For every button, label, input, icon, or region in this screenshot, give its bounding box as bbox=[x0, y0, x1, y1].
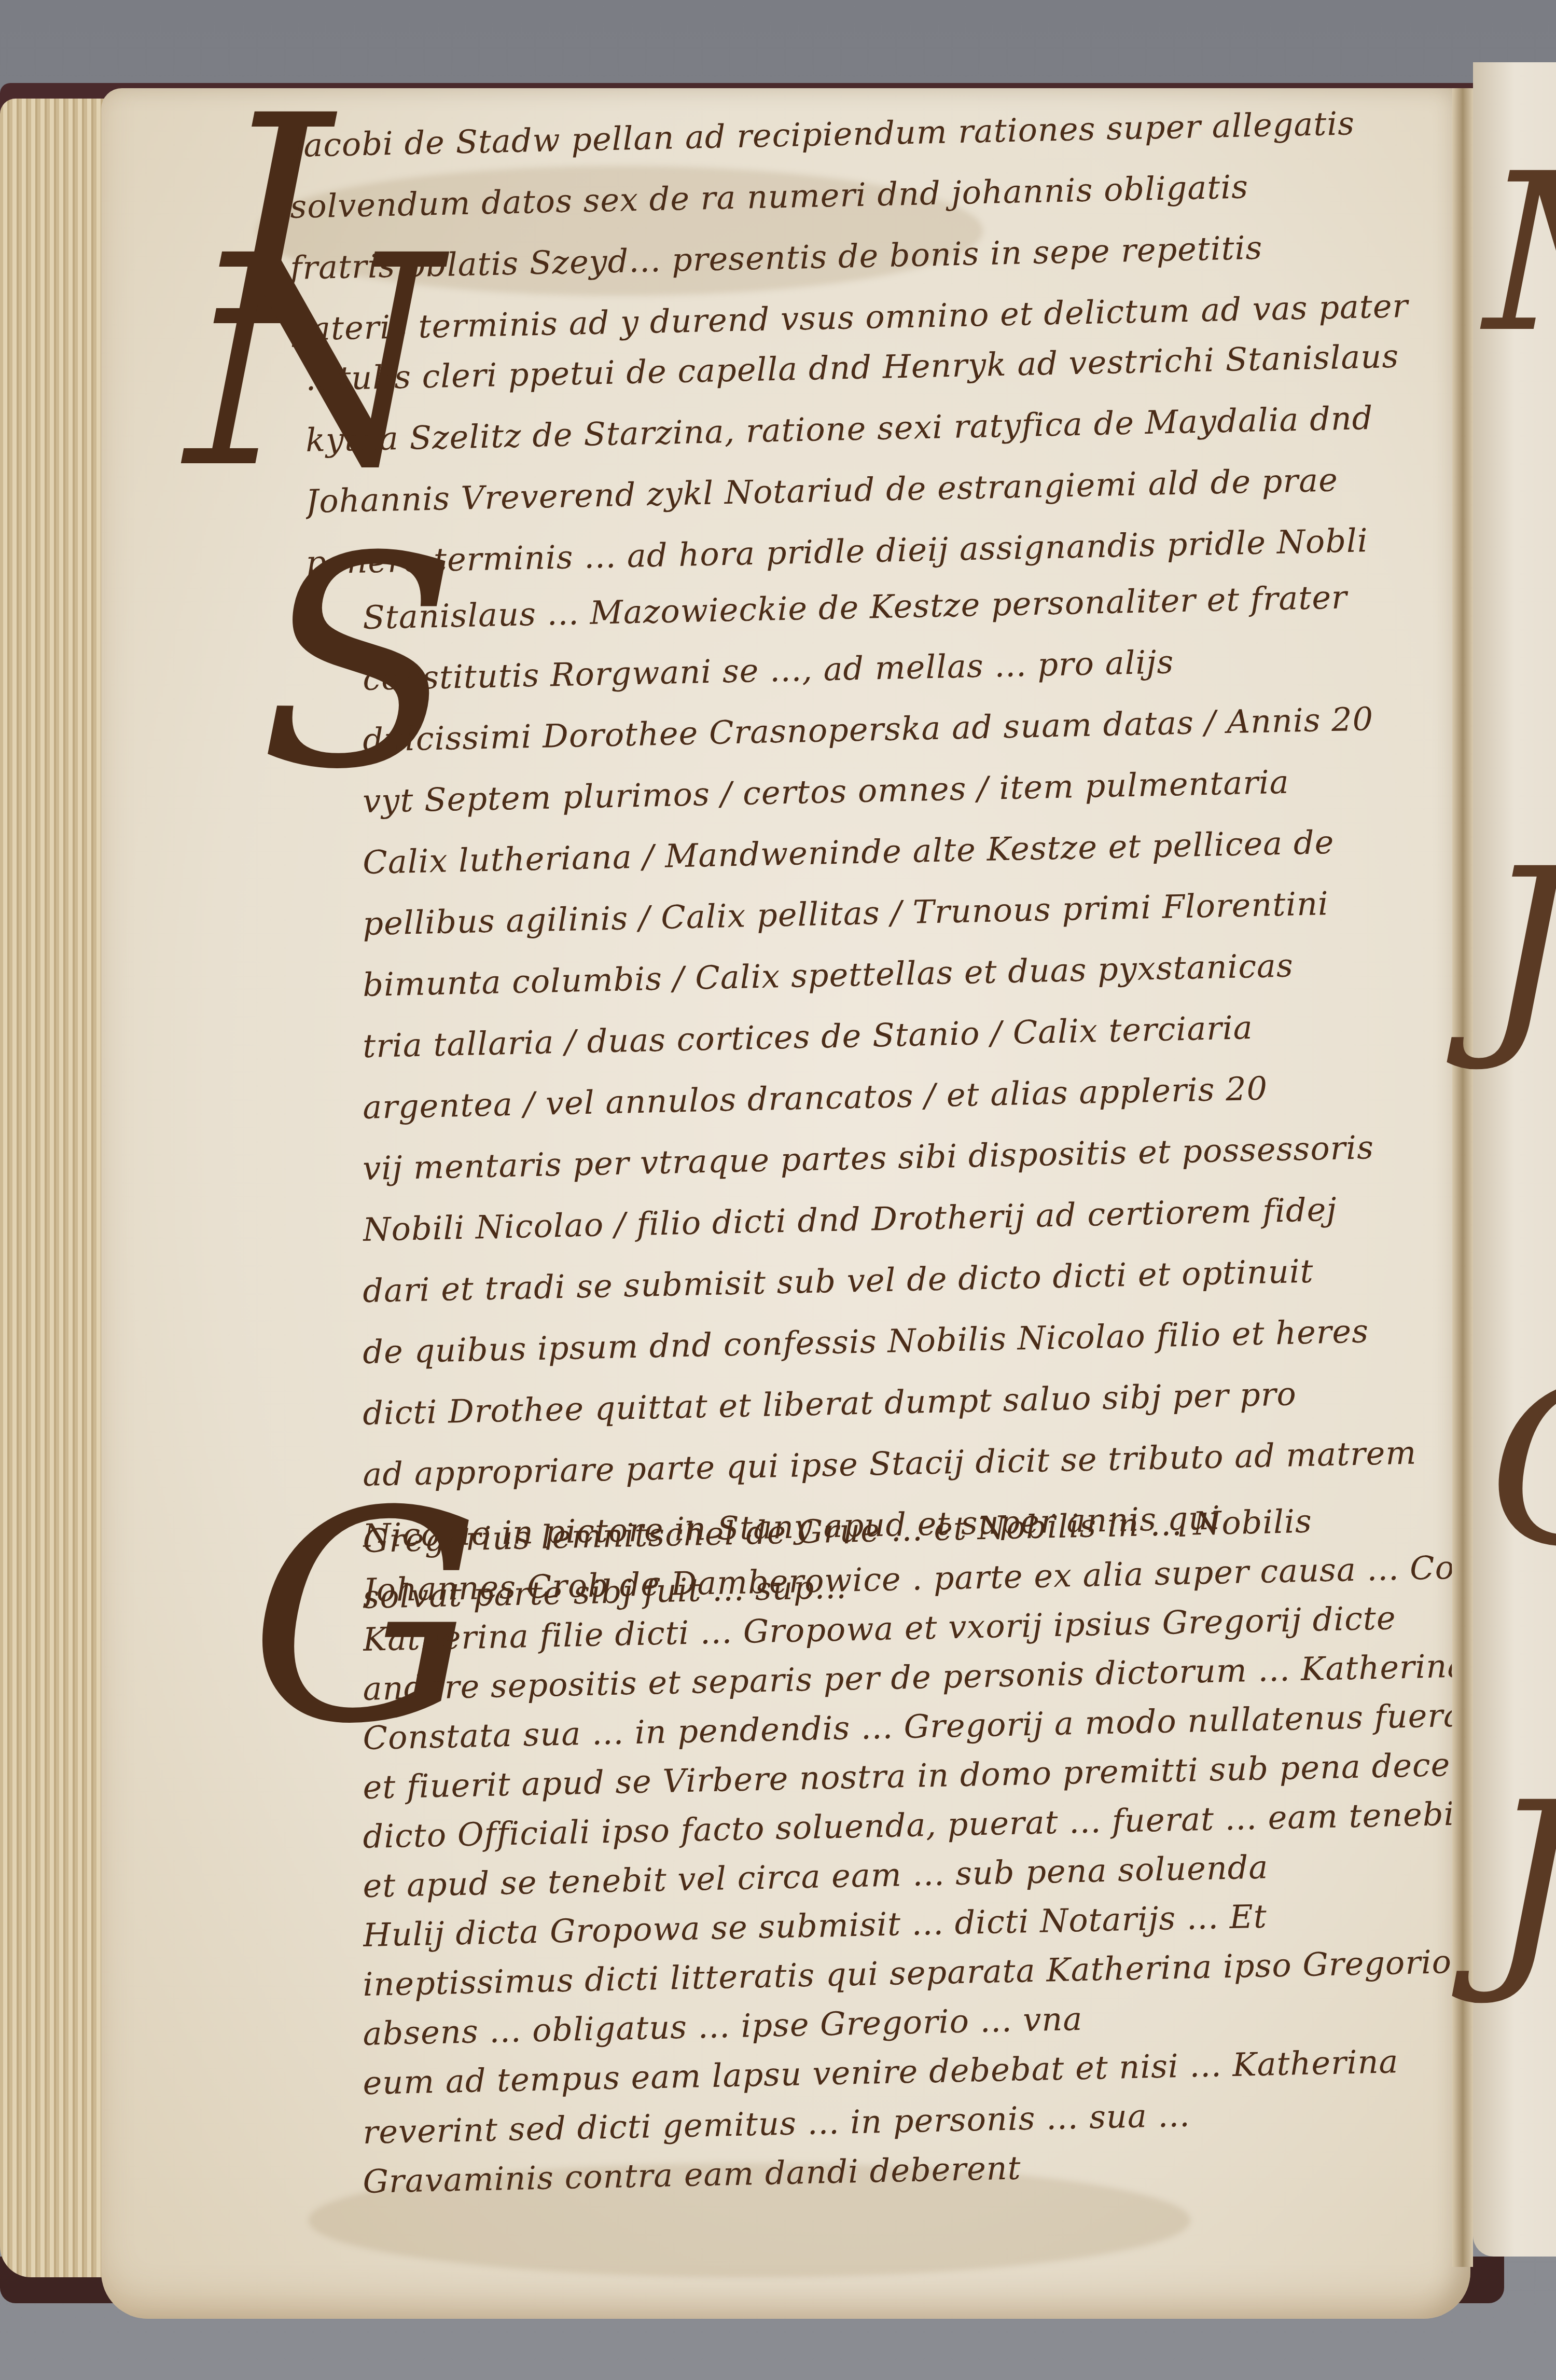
facing-initial: J bbox=[1489, 1774, 1556, 1992]
facing-initial: J bbox=[1483, 840, 1556, 1058]
entry-2: ...tulis cleri ppetui de capella dnd Hen… bbox=[306, 363, 1468, 608]
facing-initial: M bbox=[1483, 145, 1556, 363]
entry-4: Gregorius lemnitschel de Grue ... et Nob… bbox=[363, 1525, 1452, 2215]
facing-initial: G bbox=[1489, 1359, 1556, 1577]
entry-3: Stanislaus ... Mazowieckie de Kestze per… bbox=[363, 602, 1452, 1642]
facing-page: M J G J bbox=[1473, 62, 1556, 2257]
entry-1: Jacobi de Stadw pellan ad recipiendum ra… bbox=[290, 130, 1452, 375]
